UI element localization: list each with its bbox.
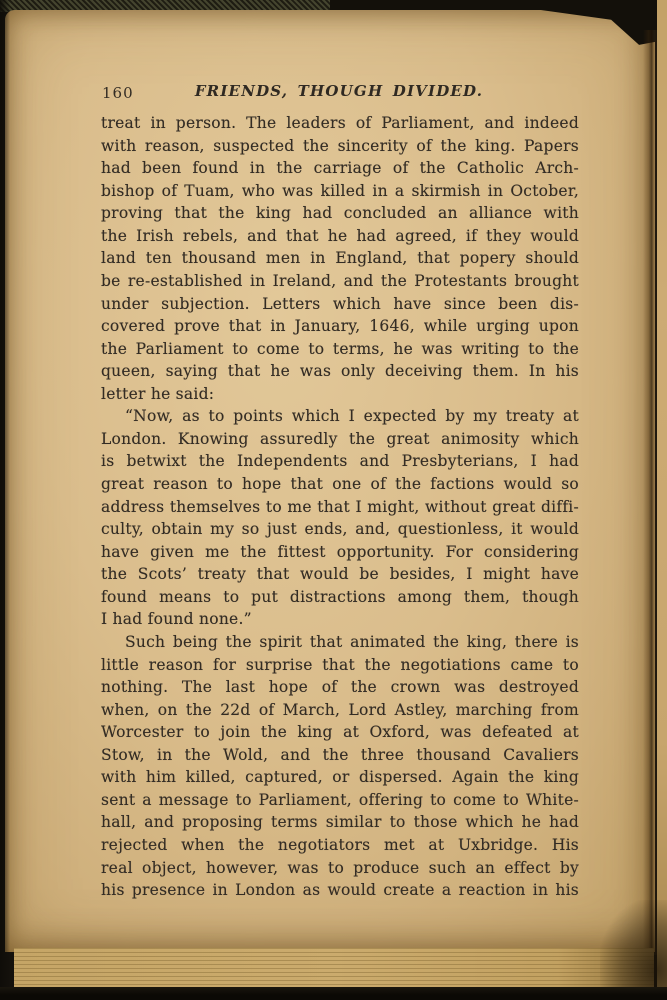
text-line: the Scots’ treaty that would be besides,… bbox=[101, 563, 579, 586]
text-line: with him killed, captured, or dispersed.… bbox=[101, 766, 579, 789]
text-line: with reason, suspected the sincerity of … bbox=[101, 135, 579, 158]
shadow-bottom-right bbox=[600, 900, 667, 1000]
text-line: when, on the 22d of March, Lord Astley, … bbox=[101, 699, 579, 722]
text-line: proving that the king had concluded an a… bbox=[101, 202, 579, 225]
text-line: queen, saying that he was only deceiving… bbox=[101, 360, 579, 383]
text-line: the Parliament to come to terms, he was … bbox=[101, 338, 579, 361]
page-number: 160 bbox=[102, 84, 134, 102]
text-line: his presence in London as would create a… bbox=[101, 879, 579, 902]
text-line: nothing. The last hope of the crown was … bbox=[101, 676, 579, 699]
text-line: “Now, as to points which I expected by m… bbox=[101, 405, 579, 428]
text-line: treat in person. The leaders of Parliame… bbox=[101, 112, 579, 135]
binding-crease bbox=[643, 30, 657, 955]
book-scan: 160 FRIENDS, THOUGH DIVIDED. treat in pe… bbox=[0, 0, 667, 1000]
running-title: FRIENDS, THOUGH DIVIDED. bbox=[100, 82, 578, 100]
text-line: be re-established in Ireland, and the Pr… bbox=[101, 270, 579, 293]
text-line: culty, obtain my so just ends, and, ques… bbox=[101, 518, 579, 541]
book-page: 160 FRIENDS, THOUGH DIVIDED. treat in pe… bbox=[5, 10, 655, 952]
text-line: London. Knowing assuredly the great anim… bbox=[101, 428, 579, 451]
text-line: had been found in the carriage of the Ca… bbox=[101, 157, 579, 180]
text-line: found means to put distractions among th… bbox=[101, 586, 579, 609]
body-text: treat in person. The leaders of Parliame… bbox=[101, 112, 579, 902]
text-line: bishop of Tuam, who was killed in a skir… bbox=[101, 180, 579, 203]
text-line: letter he said: bbox=[101, 383, 579, 406]
scan-edge-left bbox=[0, 0, 10, 1000]
text-line: great reason to hope that one of the fac… bbox=[101, 473, 579, 496]
text-line: little reason for surprise that the nego… bbox=[101, 654, 579, 677]
text-line: hall, and proposing terms similar to tho… bbox=[101, 811, 579, 834]
page-header: 160 FRIENDS, THOUGH DIVIDED. bbox=[100, 82, 578, 104]
page-edges-bottom bbox=[14, 948, 654, 990]
text-line: real object, however, was to produce suc… bbox=[101, 857, 579, 880]
text-line: the Irish rebels, and that he had agreed… bbox=[101, 225, 579, 248]
text-line: is betwixt the Independents and Presbyte… bbox=[101, 450, 579, 473]
text-line: covered prove that in January, 1646, whi… bbox=[101, 315, 579, 338]
text-line: land ten thousand men in England, that p… bbox=[101, 247, 579, 270]
text-line: have given me the fittest opportunity. F… bbox=[101, 541, 579, 564]
text-line: sent a message to Parliament, offering t… bbox=[101, 789, 579, 812]
text-line: I had found none.” bbox=[101, 608, 579, 631]
text-line: under subjection. Letters which have sin… bbox=[101, 293, 579, 316]
text-line: address themselves to me that I might, w… bbox=[101, 496, 579, 519]
text-line: Worcester to join the king at Oxford, wa… bbox=[101, 721, 579, 744]
text-line: Such being the spirit that animated the … bbox=[101, 631, 579, 654]
text-line: Stow, in the Wold, and the three thousan… bbox=[101, 744, 579, 767]
page-edge-right bbox=[657, 0, 667, 990]
text-line: rejected when the negotiators met at Uxb… bbox=[101, 834, 579, 857]
scan-background-bottom bbox=[0, 987, 667, 1000]
